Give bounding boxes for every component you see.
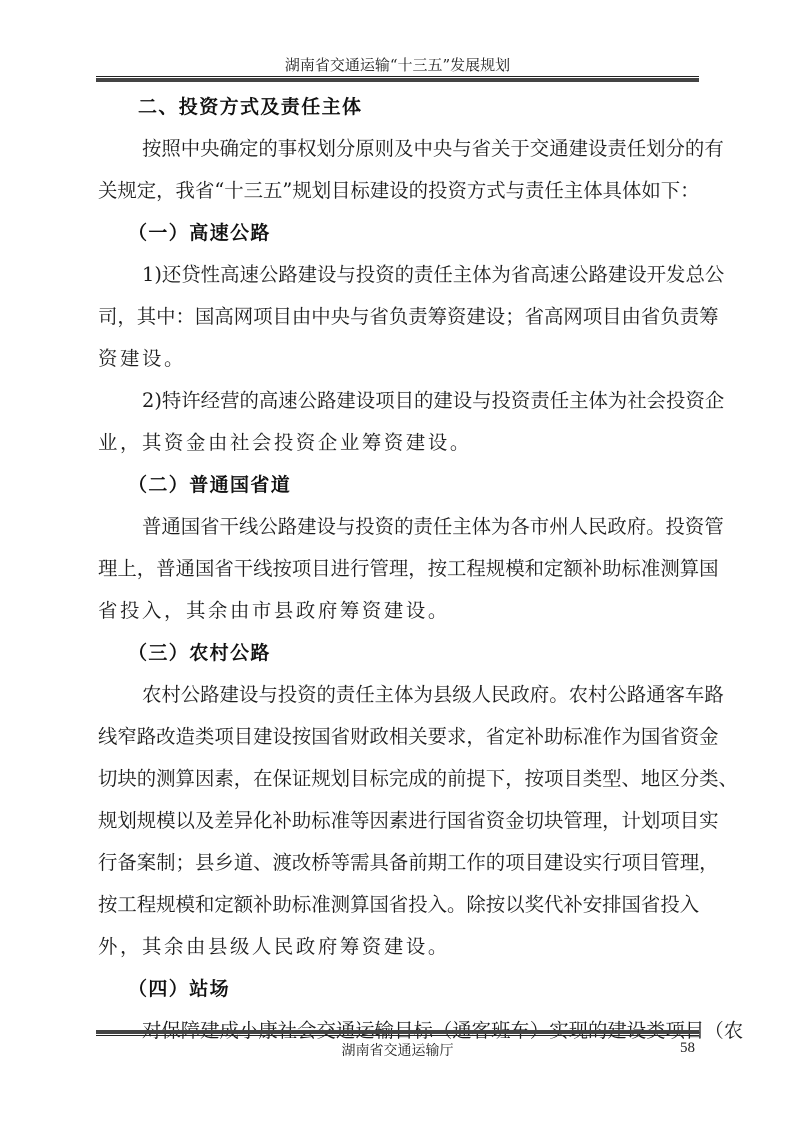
- footer-divider-thick: [96, 1030, 699, 1034]
- footer-divider: [96, 1030, 699, 1036]
- page-footer: 湖南省交通运输厅 58: [96, 1038, 699, 1060]
- paragraph-line: 业，其资金由社会投资企业筹资建设。: [98, 422, 698, 464]
- subsection-heading: （二）普通国省道: [98, 464, 698, 506]
- header-divider: [96, 76, 699, 82]
- paragraph-line: 2)特许经营的高速公路建设项目的建设与投资责任主体为社会投资企: [98, 380, 698, 422]
- paragraph-line: 资建设。: [98, 338, 698, 380]
- page-number: 58: [680, 1040, 695, 1057]
- footer-divider-thin: [96, 1035, 699, 1036]
- paragraph-line: 1)还贷性高速公路建设与投资的责任主体为省高速公路建设开发总公: [98, 254, 698, 296]
- header-divider-thick: [96, 78, 699, 82]
- paragraph-line: 普通国省干线公路建设与投资的责任主体为各市州人民政府。投资管: [98, 506, 698, 548]
- page-header: 湖南省交通运输“十三五”发展规划: [96, 50, 699, 78]
- subsection-heading: （四）站场: [98, 968, 698, 1010]
- page-content: 二、投资方式及责任主体 按照中央确定的事权划分原则及中央与省关于交通建设责任划分…: [98, 86, 698, 1052]
- paragraph-line: 省投入，其余由市县政府筹资建设。: [98, 590, 698, 632]
- paragraph-line: 司，其中：国高网项目由中央与省负责筹资建设；省高网项目由省负责筹: [98, 296, 698, 338]
- document-title: 湖南省交通运输“十三五”发展规划: [96, 54, 699, 75]
- paragraph-line: 切块的测算因素，在保证规划目标完成的前提下，按项目类型、地区分类、: [98, 758, 698, 800]
- paragraph-line: 理上，普通国省干线按项目进行管理，按工程规模和定额补助标准测算国: [98, 548, 698, 590]
- paragraph-line: 农村公路建设与投资的责任主体为县级人民政府。农村公路通客车路: [98, 674, 698, 716]
- subsection-heading: （三）农村公路: [98, 632, 698, 674]
- paragraph-line: 线窄路改造类项目建设按国省财政相关要求，省定补助标准作为国省资金: [98, 716, 698, 758]
- footer-organization: 湖南省交通运输厅: [96, 1040, 699, 1060]
- header-divider-thin: [96, 76, 699, 77]
- subsection-heading: （一）高速公路: [98, 212, 698, 254]
- paragraph-line: 规划规模以及差异化补助标准等因素进行国省资金切块管理，计划项目实: [98, 800, 698, 842]
- paragraph-line: 按工程规模和定额补助标准测算国省投入。除按以奖代补安排国省投入: [98, 884, 698, 926]
- paragraph-line: 按照中央确定的事权划分原则及中央与省关于交通建设责任划分的有: [98, 128, 698, 170]
- paragraph-line: 关规定，我省“十三五”规划目标建设的投资方式与责任主体具体如下：: [98, 170, 698, 212]
- paragraph-line: 外，其余由县级人民政府筹资建设。: [98, 926, 698, 968]
- section-heading: 二、投资方式及责任主体: [98, 86, 698, 128]
- paragraph-line: 行备案制；县乡道、渡改桥等需具备前期工作的项目建设实行项目管理，: [98, 842, 698, 884]
